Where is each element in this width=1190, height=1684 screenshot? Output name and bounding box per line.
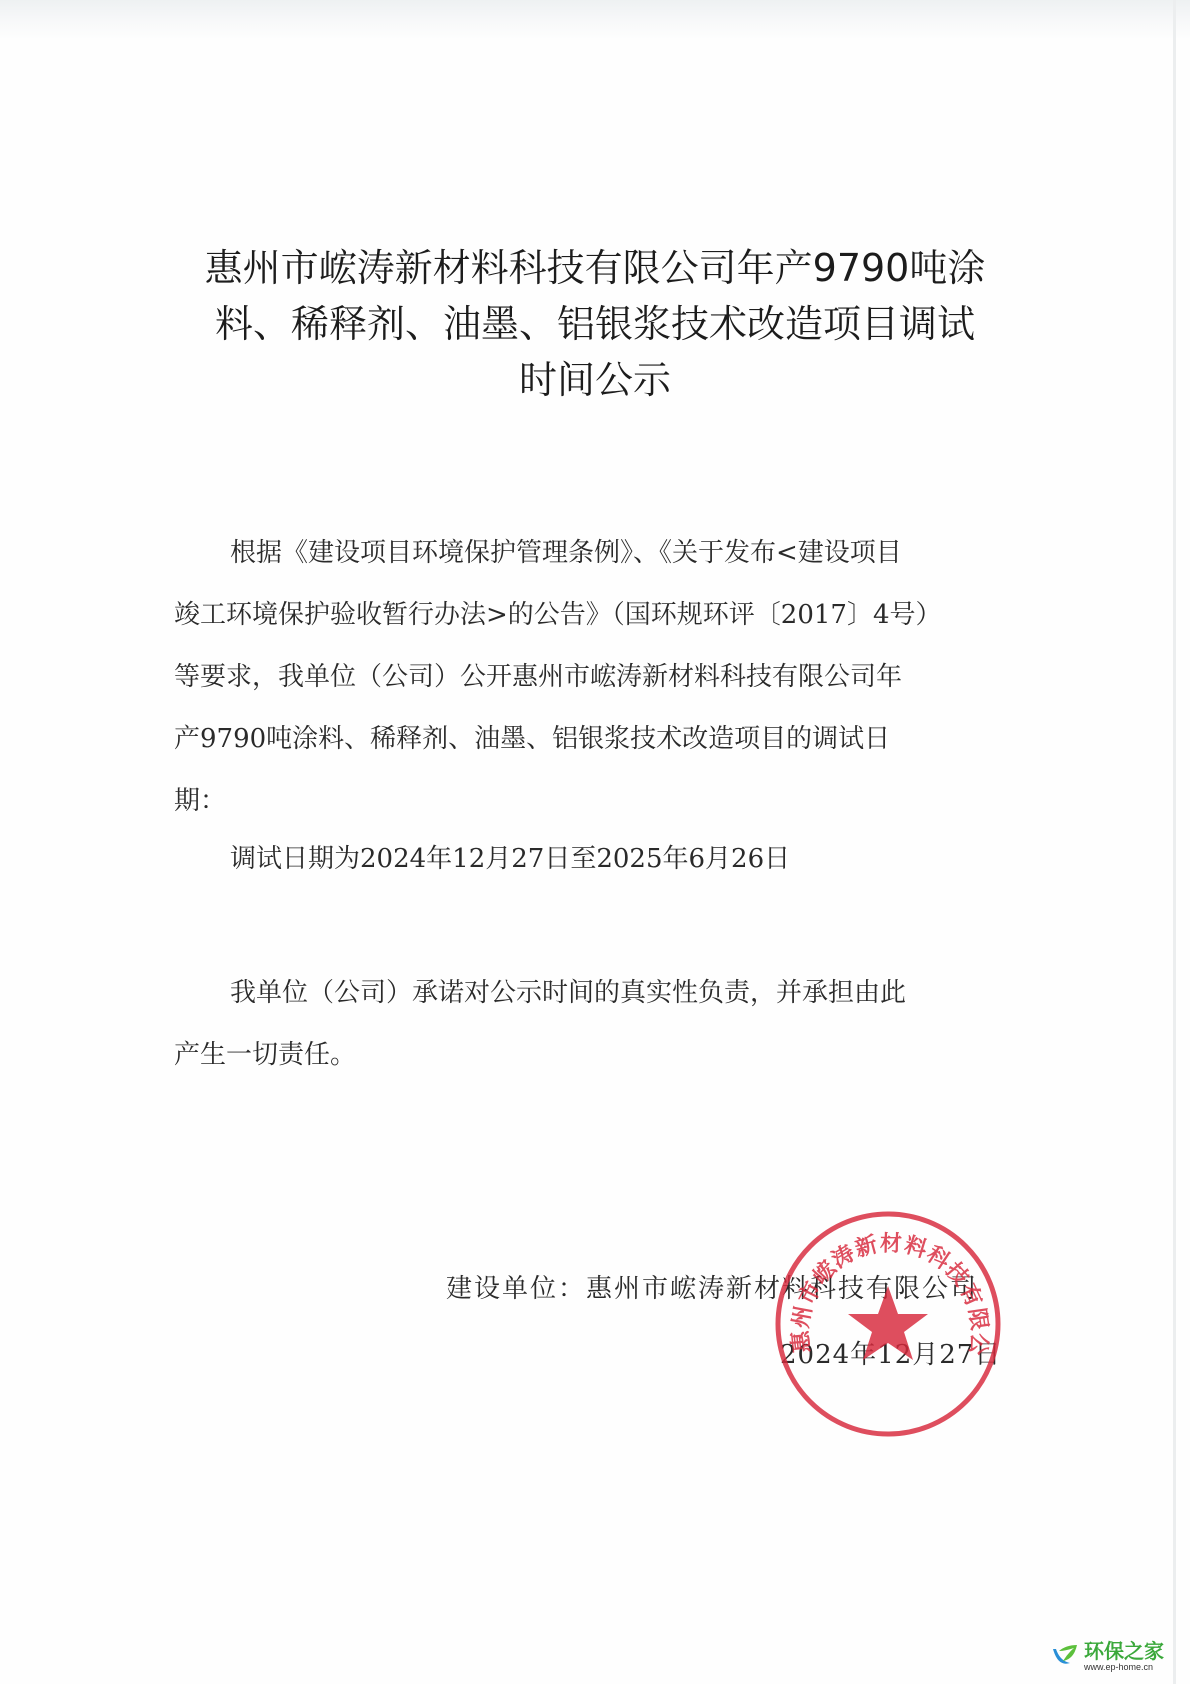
paragraph-line: 期：	[174, 770, 942, 832]
watermark-logo: 环保之家 www.ep-home.cn	[1050, 1632, 1190, 1680]
document-page: 惠州市峵涛新材料科技有限公司年产9790吨涂 料、稀释剂、油墨、铝银浆技术改造项…	[0, 0, 1190, 1684]
title-line-3: 时间公示	[150, 352, 1040, 408]
debug-period: 调试日期为2024年12月27日至2025年6月26日	[230, 838, 790, 875]
paragraph-line: 根据《建设项目环境保护管理条例》、《关于发布<建设项目	[174, 522, 942, 584]
watermark-name: 环保之家	[1084, 1641, 1164, 1661]
paragraph-line: 竣工环境保护验收暂行办法>的公告》（国环规环评〔2017〕4号）	[174, 584, 942, 646]
document-title: 惠州市峵涛新材料科技有限公司年产9790吨涂 料、稀释剂、油墨、铝银浆技术改造项…	[150, 240, 1040, 408]
scan-edge-right	[1173, 0, 1176, 1684]
paragraph-line: 等要求，我单位（公司）公开惠州市峵涛新材料科技有限公司年	[174, 646, 942, 708]
paragraph-line: 产生一切责任。	[174, 1024, 906, 1086]
company-seal-icon: 惠州市峵涛新材料科技有限公司	[772, 1208, 1004, 1440]
paragraph-line: 产9790吨涂料、稀释剂、油墨、铝银浆技术改造项目的调试日	[174, 708, 942, 770]
leaf-logo-icon	[1050, 1641, 1080, 1671]
scan-edge-top	[0, 0, 1190, 40]
title-line-2: 料、稀释剂、油墨、铝银浆技术改造项目调试	[150, 296, 1040, 352]
paragraph-line: 我单位（公司）承诺对公示时间的真实性负责，并承担由此	[174, 962, 906, 1024]
paragraph-commitment: 我单位（公司）承诺对公示时间的真实性负责，并承担由此 产生一切责任。	[174, 962, 906, 1086]
title-line-1: 惠州市峵涛新材料科技有限公司年产9790吨涂	[150, 240, 1040, 296]
watermark-url: www.ep-home.cn	[1084, 1663, 1164, 1672]
paragraph-basis: 根据《建设项目环境保护管理条例》、《关于发布<建设项目 竣工环境保护验收暂行办法…	[174, 522, 942, 832]
